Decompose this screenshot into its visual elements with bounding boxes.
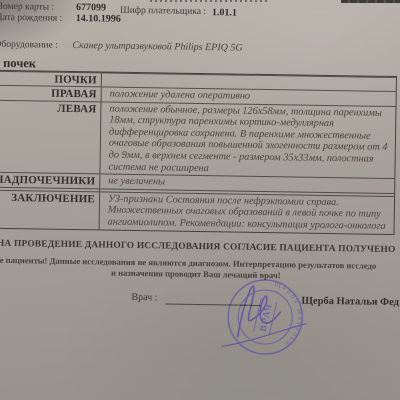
row-right-kidney-label: ПРАВАЯ — [0, 84, 102, 101]
row-conclusion-label: ЗАКЛЮЧЕНИЕ — [0, 189, 100, 229]
birth-date-value: 14.10.1996 — [76, 13, 121, 25]
equipment-value: Сканер ультразвуковой Philips EPIQ 5G — [72, 40, 242, 54]
consent-statement: НА ПРОВЕДЕНИЕ ДАННОГО ИССЛЕДОВАНИЯ СОГЛА… — [0, 239, 396, 255]
cropped-text-remnant — [341, 0, 400, 3]
row-left-kidney-label: ЛЕВАЯ — [0, 99, 102, 173]
doctor-label: Врач : — [131, 292, 157, 303]
doctor-stamp: Щерба Наталья ВРАЧ — [209, 266, 321, 368]
report-document: Номер карты : 677099 Шифр плательщика : … — [0, 0, 400, 400]
row-adrenals-label-text: НАДПОЧЕЧНИКИ — [0, 174, 95, 188]
payer-code-value: 1.01.1 — [212, 7, 237, 18]
row-kidneys-label: ПОЧКИ — [0, 70, 102, 86]
payer-code-label: Шифр плательщика : — [120, 5, 206, 17]
card-number-label: Номер карты : — [0, 1, 54, 13]
card-number-value: 677099 — [76, 2, 106, 13]
row-conclusion-value: УЗ-признаки Состояния после нефрэктомии … — [100, 191, 395, 233]
row-left-kidney-value: положение обычное, размеры 126х58мм, тол… — [100, 101, 395, 178]
equipment-label: Оборудование : — [0, 39, 58, 51]
findings-table: ПОЧКИ ПРАВАЯ положение удалена оперативн… — [0, 69, 397, 234]
document-photo: Номер карты : 677099 Шифр плательщика : … — [0, 0, 400, 400]
row-adrenals-label: НАДПОЧЕЧНИКИ — [0, 172, 100, 189]
birth-date-label: Дата рождения : — [0, 12, 62, 24]
stamp-ring-text: Щерба Наталья — [272, 279, 305, 349]
